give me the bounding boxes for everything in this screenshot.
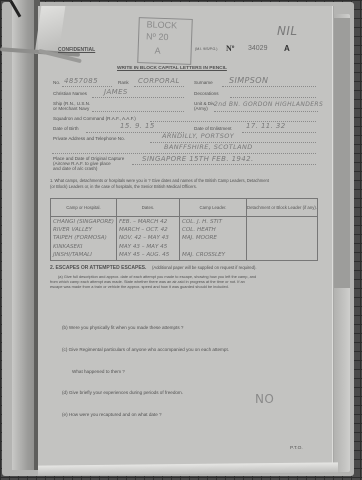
service-no-value: 4857085 <box>64 77 98 85</box>
question-2e: (e) How were you recaptured and on what … <box>62 412 162 417</box>
camps-table: Camp or Hospital. Dates. Camp Leader. De… <box>50 198 318 261</box>
instruction-heading: WRITE IN BLOCK CAPITAL LETTERS IN PENCIL <box>117 66 227 71</box>
rule <box>242 132 316 133</box>
decorations-label: Decorations <box>194 91 219 96</box>
rule <box>132 164 316 165</box>
rule <box>150 121 316 122</box>
service-no-label: No. <box>53 80 60 85</box>
leader-cell: COL. J. H. STIT COL. HEATH MAJ. MOORE MA… <box>180 217 247 261</box>
unit-label-2: (Army) <box>194 106 208 111</box>
rank-label: Rank <box>118 80 129 85</box>
question-2c: (c) Give Regimental particulars of anyon… <box>62 347 229 352</box>
christian-names-label: Christian Names <box>53 91 87 96</box>
enlistment-label: Date of Enlistment <box>194 126 232 131</box>
unit-value: 2nd BN. GORDON HIGHLANDERS <box>214 101 323 108</box>
dob-value: 15. 9. 15 <box>120 122 155 130</box>
capture-value: SINGAPORE 15TH FEB. 1942. <box>142 155 254 163</box>
answer-annotation-no: NO <box>255 392 274 406</box>
section-2-note: (Additional paper will be supplied on re… <box>152 265 257 270</box>
question-2d: (d) Give briefly your experiences during… <box>62 390 183 395</box>
rule <box>52 153 316 154</box>
surname-value: SIMPSON <box>229 76 268 85</box>
camp-cell: CHANGI (SINGAPORE) RIVER VALLEY TAIPEH (… <box>51 217 117 261</box>
camp-leader: MAJ. MOORE <box>182 234 244 242</box>
page-stack-shadow <box>330 18 350 288</box>
block-stamp: BLOCK Nº 20 A <box>137 17 193 65</box>
camp-dates: NOV. 42 – MAY 43 <box>119 234 177 242</box>
camp-leader: COL. HEATH <box>182 226 244 234</box>
ship-label-2: or Merchant Navy <box>53 106 89 111</box>
classification-label: CONFIDENTIAL <box>58 47 95 53</box>
annotation-nil: NIL <box>277 24 297 38</box>
rule <box>134 86 184 87</box>
column-header-camp-leader: Camp Leader. <box>180 199 247 217</box>
camp-name: RIVER VALLEY <box>53 226 114 234</box>
enlistment-value: 17. 11. 32 <box>246 122 286 130</box>
rule <box>230 97 316 98</box>
dob-label: Date of Birth <box>53 126 79 131</box>
section-1-question-line-1: 1. What camps, detachments or hospitals … <box>50 178 269 183</box>
camp-leader: COL. J. H. STIT <box>182 218 244 226</box>
christian-names-value: JAMES <box>104 88 128 96</box>
question-2c-followup: What happened to them ? <box>72 369 125 374</box>
capture-label-3: and date of a/c crash) <box>53 166 97 171</box>
column-header-dates: Dates. <box>117 199 180 217</box>
camp-dates: MARCH – OCT. 42 <box>119 226 177 234</box>
rule <box>92 111 184 112</box>
detachment-cell <box>247 217 318 261</box>
camp-name: CHANGI (SINGAPORE) <box>53 218 114 226</box>
table-row: CHANGI (SINGAPORE) RIVER VALLEY TAIPEH (… <box>51 217 318 261</box>
form-suffix: A <box>284 44 290 53</box>
stamp-line-1: BLOCK <box>146 19 177 30</box>
column-header-detachment-leader: Detachment or Block Leader (if any). <box>247 199 318 217</box>
rule <box>92 97 184 98</box>
surname-label: Surname <box>194 80 213 85</box>
camp-name: TAIPEH (FORMOSA) <box>53 234 114 242</box>
address-line-2: BANFFSHIRE, SCOTLAND <box>164 143 253 151</box>
camp-dates: FEB. – MARCH 42 <box>119 218 177 226</box>
form-number: 34029 <box>248 45 267 52</box>
question-2a-line-3: escape was made from a train or vehicle … <box>50 284 229 289</box>
section-1-question-line-2: (or Block) Leaders or, in the case of ho… <box>50 184 197 189</box>
column-header-camp: Camp or Hospital. <box>51 199 117 217</box>
camp-leader <box>182 243 244 251</box>
camp-leader: MAJ. CROSSLEY <box>182 251 244 259</box>
rule <box>222 86 316 87</box>
stamp-line-3: A <box>154 46 160 56</box>
number-label: Nº <box>226 44 234 53</box>
camp-dates: MAY 45 – AUG. 45 <box>119 251 177 259</box>
section-2-title: 2. ESCAPES OR ATTEMPTED ESCAPES. <box>50 265 146 271</box>
rank-value: CORPORAL <box>138 77 180 85</box>
rule <box>62 86 112 87</box>
rule <box>214 111 318 112</box>
question-2b: (b) Were you physically fit when you mad… <box>62 325 183 330</box>
squadron-label: Squadron and Command (R.A.F., A.A.F.) <box>53 116 136 121</box>
form-reference: (M.I. 9/S/P.G.) <box>195 47 218 51</box>
stamp-line-2: Nº 20 <box>146 31 169 42</box>
camp-dates: MAY 43 – MAY 45 <box>119 243 177 251</box>
camp-name: KINKASEKI <box>53 243 114 251</box>
dates-cell: FEB. – MARCH 42 MARCH – OCT. 42 NOV. 42 … <box>117 217 180 261</box>
address-label: Private Address and Telephone No. <box>53 136 125 141</box>
address-line-1: ARNDILLY, PORTSOY <box>162 132 234 140</box>
camp-name: JINSHI/TAMALI <box>53 251 114 259</box>
page-turn-note: P.T.O. <box>290 446 303 451</box>
